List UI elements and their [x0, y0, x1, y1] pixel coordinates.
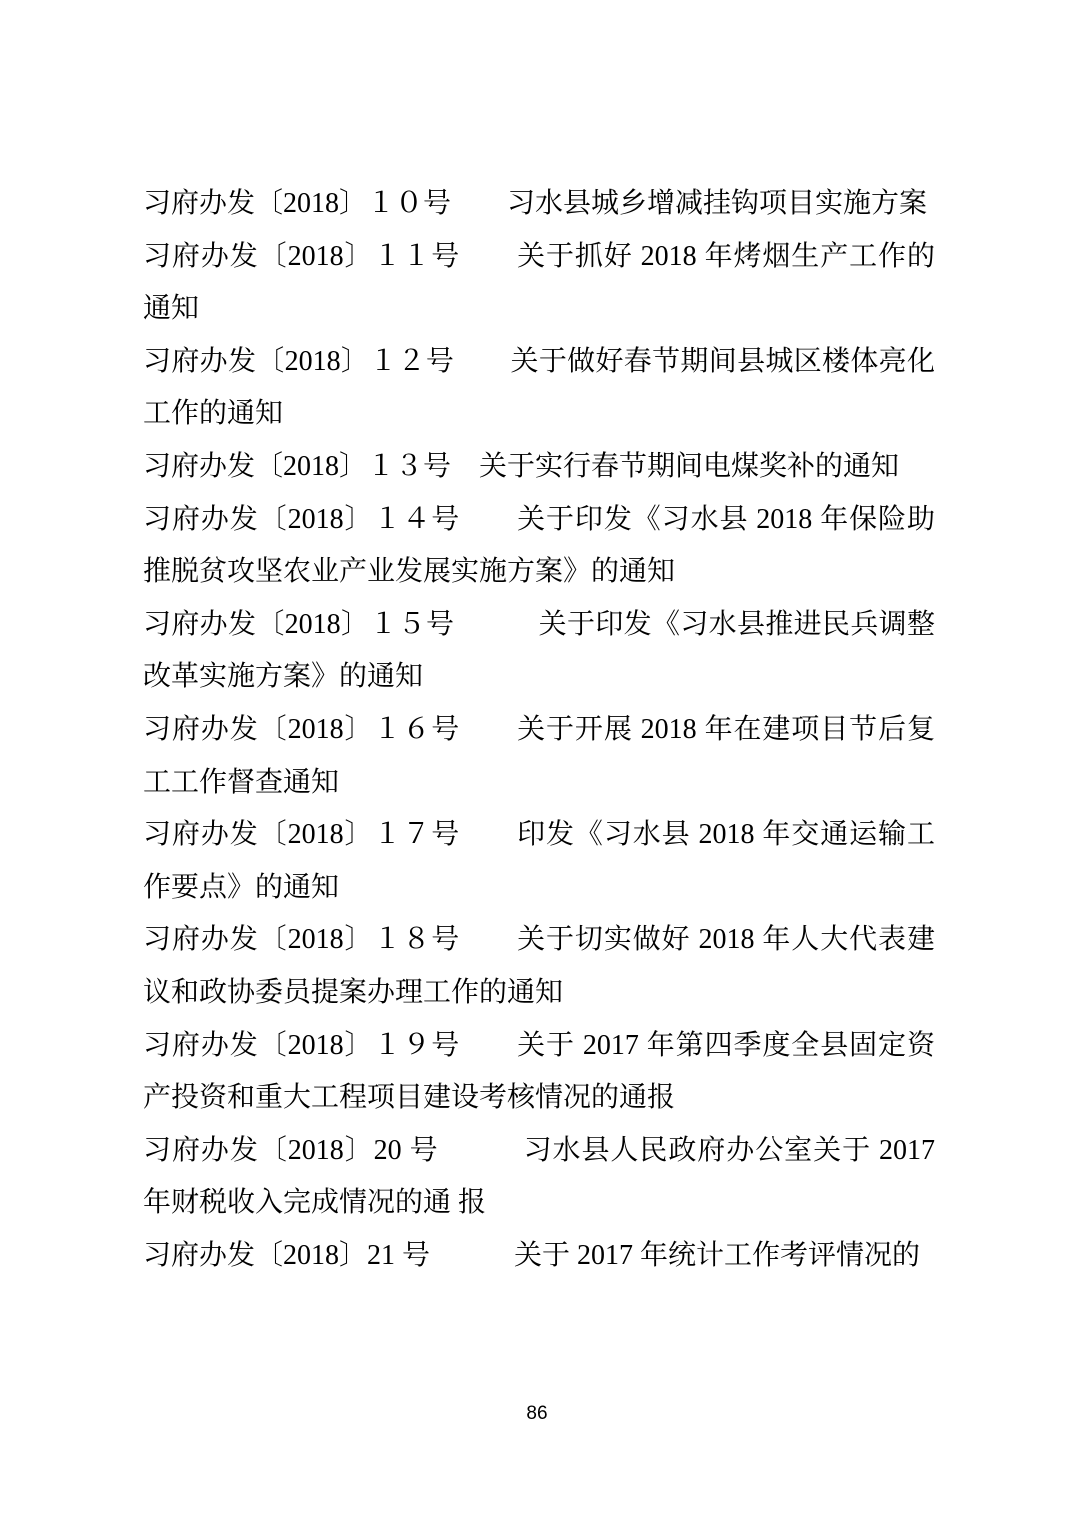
column-gap	[460, 737, 516, 738]
doc-list-entry-15: 习府办发〔2018〕１５号关于印发《习水县推进民兵调整改革实施方案》的通知	[143, 599, 935, 704]
doc-number: 习府办发〔2018〕20 号	[143, 1135, 439, 1166]
doc-title: 习水县城乡增减挂钩项目实施方案	[507, 188, 927, 219]
column-gap	[430, 1263, 514, 1264]
column-gap	[454, 369, 510, 370]
doc-number: 习府办发〔2018〕１３号	[143, 451, 451, 482]
doc-list-entry-20: 习府办发〔2018〕20 号习水县人民政府办公室关于 2017 年财税收入完成情…	[143, 1125, 935, 1230]
column-gap	[439, 1158, 523, 1159]
doc-list-entry-11: 习府办发〔2018〕１１号关于抓好 2018 年烤烟生产工作的通知	[143, 231, 935, 336]
page-number: 86	[526, 1403, 547, 1424]
doc-list-entry-19: 习府办发〔2018〕１９号关于 2017 年第四季度全县固定资产投资和重大工程项…	[143, 1020, 935, 1125]
document-list: 习府办发〔2018〕１０号习水县城乡增减挂钩项目实施方案 习府办发〔2018〕１…	[143, 178, 935, 1282]
column-gap	[460, 1053, 516, 1054]
page-footer: 86	[0, 1403, 1074, 1425]
doc-list-entry-21: 习府办发〔2018〕21 号关于 2017 年统计工作考评情况的	[143, 1230, 935, 1283]
doc-number: 习府办发〔2018〕１７号	[143, 819, 460, 850]
doc-title: 关于实行春节期间电煤奖补的通知	[479, 451, 899, 482]
doc-list-entry-12: 习府办发〔2018〕１２号关于做好春节期间县城区楼体亮化工作的通知	[143, 336, 935, 441]
doc-list-entry-10: 习府办发〔2018〕１０号习水县城乡增减挂钩项目实施方案	[143, 178, 935, 231]
column-gap	[451, 474, 479, 475]
doc-list-entry-14: 习府办发〔2018〕１４号关于印发《习水县 2018 年保险助推脱贫攻坚农业产业…	[143, 494, 935, 599]
column-gap	[460, 527, 516, 528]
doc-number: 习府办发〔2018〕21 号	[143, 1240, 430, 1271]
doc-list-entry-13: 习府办发〔2018〕１３号关于实行春节期间电煤奖补的通知	[143, 441, 935, 494]
column-gap	[451, 211, 507, 212]
doc-title: 关于 2017 年统计工作考评情况的	[514, 1240, 920, 1271]
doc-number: 习府办发〔2018〕１８号	[143, 924, 460, 955]
doc-number: 习府办发〔2018〕１９号	[143, 1030, 460, 1061]
doc-number: 习府办发〔2018〕１１号	[143, 241, 460, 272]
column-gap	[460, 947, 516, 948]
doc-list-entry-17: 习府办发〔2018〕１７号印发《习水县 2018 年交通运输工作要点》的通知	[143, 809, 935, 914]
document-page: 习府办发〔2018〕１０号习水县城乡增减挂钩项目实施方案 习府办发〔2018〕１…	[0, 0, 1074, 1520]
column-gap	[460, 264, 516, 265]
doc-number: 习府办发〔2018〕１４号	[143, 504, 460, 535]
column-gap	[454, 632, 538, 633]
doc-list-entry-18: 习府办发〔2018〕１８号关于切实做好 2018 年人大代表建议和政协委员提案办…	[143, 914, 935, 1019]
doc-list-entry-16: 习府办发〔2018〕１６号关于开展 2018 年在建项目节后复工工作督查通知	[143, 704, 935, 809]
doc-number: 习府办发〔2018〕１６号	[143, 714, 460, 745]
doc-number: 习府办发〔2018〕１５号	[143, 609, 454, 640]
doc-number: 习府办发〔2018〕１０号	[143, 188, 451, 219]
doc-number: 习府办发〔2018〕１２号	[143, 346, 454, 377]
column-gap	[460, 842, 516, 843]
